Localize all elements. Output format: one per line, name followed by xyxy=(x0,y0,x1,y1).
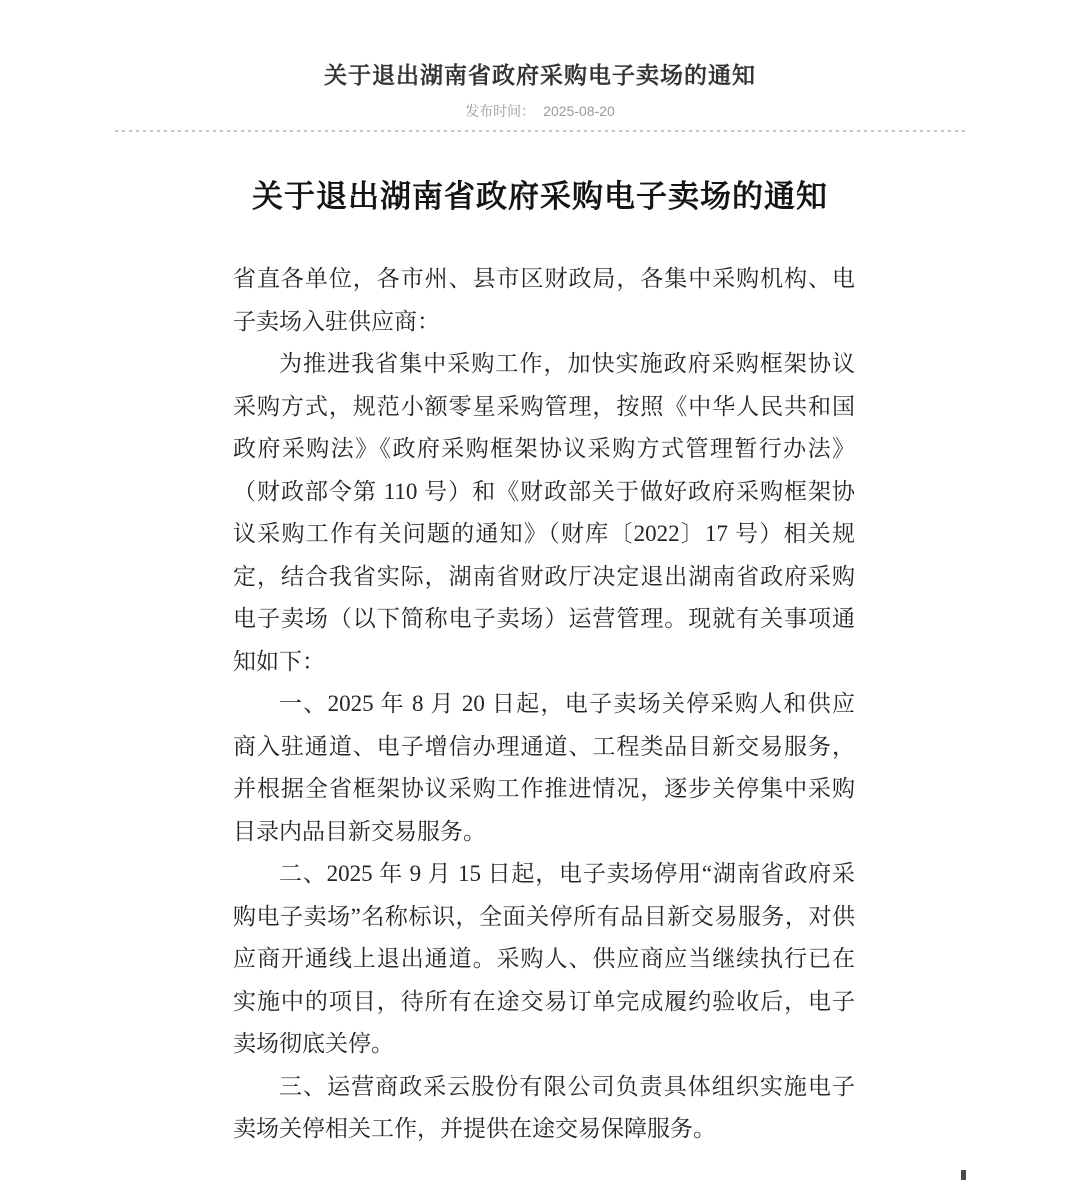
doc-line: 电子卖场（以下简称电子卖场）运营管理。现就有关事项通 xyxy=(233,598,855,641)
doc-line: 为推进我省集中采购工作，加快实施政府采购框架协议 xyxy=(233,343,855,386)
publish-label: 发布时间： xyxy=(465,103,535,119)
doc-line: 子卖场入驻供应商： xyxy=(233,301,855,344)
doc-line: 卖场彻底关停。 xyxy=(233,1023,855,1066)
publish-meta: 发布时间：2025-08-20 xyxy=(0,103,1080,120)
doc-line: 知如下： xyxy=(233,641,855,684)
dotted-separator xyxy=(115,130,965,132)
doc-line: （财政部令第 110 号）和《财政部关于做好政府采购框架协 xyxy=(233,471,855,514)
doc-line: 应商开通线上退出通道。采购人、供应商应当继续执行已在 xyxy=(233,938,855,981)
scan-artifact-mark xyxy=(961,1170,966,1180)
doc-line: 采购方式，规范小额零星采购管理，按照《中华人民共和国 xyxy=(233,386,855,429)
document-body: 省直各单位，各市州、县市区财政局，各集中采购机构、电子卖场入驻供应商：为推进我省… xyxy=(233,258,855,1151)
doc-line: 二、2025 年 9 月 15 日起，电子卖场停用“湖南省政府采 xyxy=(233,853,855,896)
doc-line: 购电子卖场”名称标识，全面关停所有品目新交易服务，对供 xyxy=(233,896,855,939)
doc-line: 商入驻通道、电子增信办理通道、工程类品目新交易服务， xyxy=(233,726,855,769)
doc-line: 并根据全省框架协议采购工作推进情况，逐步关停集中采购 xyxy=(233,768,855,811)
article-header: 关于退出湖南省政府采购电子卖场的通知 发布时间：2025-08-20 xyxy=(0,0,1080,132)
doc-line: 一、2025 年 8 月 20 日起，电子卖场关停采购人和供应 xyxy=(233,683,855,726)
publish-date: 2025-08-20 xyxy=(543,103,615,119)
doc-line: 卖场关停相关工作，并提供在途交易保障服务。 xyxy=(233,1108,855,1151)
notice-page: 关于退出湖南省政府采购电子卖场的通知 发布时间：2025-08-20 关于退出湖… xyxy=(0,0,1080,1181)
doc-line: 政府采购法》《政府采购框架协议采购方式管理暂行办法》 xyxy=(233,428,855,471)
doc-line: 定，结合我省实际，湖南省财政厅决定退出湖南省政府采购 xyxy=(233,556,855,599)
doc-line: 实施中的项目，待所有在途交易订单完成履约验收后，电子 xyxy=(233,981,855,1024)
doc-line: 三、运营商政采云股份有限公司负责具体组织实施电子 xyxy=(233,1066,855,1109)
doc-line: 目录内品目新交易服务。 xyxy=(233,811,855,854)
doc-line: 省直各单位，各市州、县市区财政局，各集中采购机构、电 xyxy=(233,258,855,301)
doc-line: 议采购工作有关问题的通知》（财库〔2022〕17 号）相关规 xyxy=(233,513,855,556)
page-title: 关于退出湖南省政府采购电子卖场的通知 xyxy=(0,60,1080,90)
document-title: 关于退出湖南省政府采购电子卖场的通知 xyxy=(0,176,1080,218)
